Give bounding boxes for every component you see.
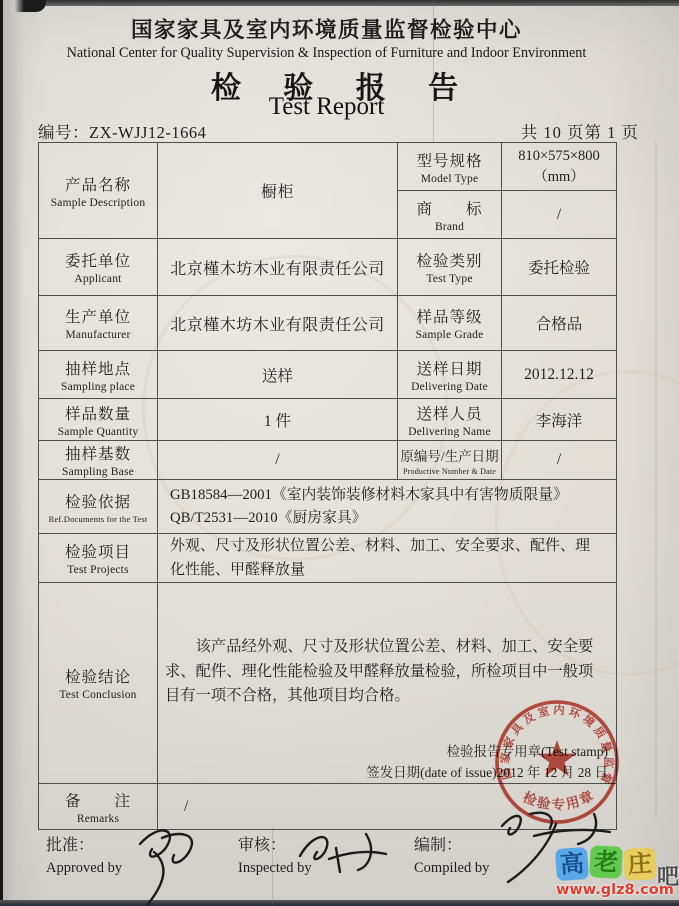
cell-applicant-value: 北京槿木坊木业有限责任公司 — [158, 239, 398, 296]
org-title-zh: 国家家具及室内环境质量监督检验中心 — [38, 13, 615, 44]
approve-signature — [118, 822, 238, 906]
cell-delivername-value: 李海洋 — [502, 399, 616, 441]
cell-deliverdate-value: 2012.12.12 — [502, 351, 616, 399]
quantity-label-zh: 样品数量 — [65, 402, 131, 424]
grade-label-zh: 样品等级 — [416, 305, 482, 327]
cell-ref-label: 检验依据 Ref.Documents for the Test — [39, 480, 158, 534]
model-label-zh: 型号规格 — [416, 149, 482, 171]
cell-sample-label: 产品名称 Sample Description — [39, 143, 158, 239]
watermark-logo: 高 老 庄 吧 www.glz8.com — [556, 846, 678, 904]
samplingbase-label-zh: 抽样基数 — [65, 442, 131, 464]
delivername-value: 李海洋 — [536, 409, 583, 431]
model-label-en: Model Type — [421, 173, 479, 185]
cell-quantity-label: 样品数量 Sample Quantity — [39, 399, 158, 441]
approve-block: 批准： Approved by — [46, 832, 122, 877]
stamp-ring-text: 国家家具及室内环境质量监督检验中心 — [489, 696, 616, 789]
remarks-label-zh: 备 注 — [65, 789, 131, 811]
cell-conclusion-label: 检验结论 Test Conclusion — [39, 583, 158, 784]
applicant-label-zh: 委托单位 — [65, 249, 131, 271]
cell-brand-value: / — [502, 191, 616, 239]
watermark-tile-3: 庄 — [623, 847, 657, 881]
samplingplace-label-en: Sampling place — [61, 381, 135, 393]
applicant-label-en: Applicant — [74, 273, 121, 285]
deliverdate-value: 2012.12.12 — [524, 366, 594, 384]
testtype-label-en: Test Type — [426, 273, 472, 285]
cell-applicant-label: 委托单位 Applicant — [39, 239, 158, 296]
conclusion-label-zh: 检验结论 — [65, 665, 131, 687]
sample-label-en: Sample Description — [51, 197, 146, 209]
manufacturer-label-en: Manufacturer — [66, 329, 131, 341]
svg-text:国家家具及室内环境质量监督检验中心: 国家家具及室内环境质量监督检验中心 — [489, 696, 616, 789]
org-title-en: National Center for Quality Supervision … — [38, 45, 615, 62]
watermark-tile-2: 老 — [589, 845, 623, 879]
cell-quantity-value: 1 件 — [158, 399, 398, 441]
quantity-label-en: Sample Quantity — [58, 426, 139, 438]
samplingbase-label-en: Sampling Base — [62, 466, 134, 478]
manufacturer-value: 北京槿木坊木业有限责任公司 — [170, 312, 385, 335]
page-count: 共 10 页第 1 页 — [521, 119, 639, 143]
prodnumber-label-en: Productive Number & Date — [403, 467, 496, 476]
compile-block: 编制： Compiled by — [414, 832, 489, 877]
ref-label-en: Ref.Documents for the Test — [49, 514, 148, 524]
photo-left-page-sliver — [3, 0, 24, 906]
applicant-value: 北京槿木坊木业有限责任公司 — [170, 256, 385, 279]
samplingplace-value: 送样 — [262, 364, 293, 386]
cell-grade-label: 样品等级 Sample Grade — [398, 296, 502, 351]
cell-grade-value: 合格品 — [502, 296, 616, 351]
cell-manufacturer-label: 生产单位 Manufacturer — [39, 296, 158, 351]
ref-value-line2: QB/T2531—2010《厨房家具》 — [170, 507, 366, 530]
delivername-label-en: Delivering Name — [408, 426, 491, 438]
remarks-value: / — [170, 798, 188, 816]
prodnumber-label-zh: 原编号/生产日期 — [400, 445, 498, 465]
brand-label-zh: 商 标 — [416, 197, 482, 219]
grade-label-en: Sample Grade — [416, 329, 484, 341]
report-number: 编号：ZX-WJJ12-1664 — [38, 119, 206, 143]
cell-testtype-label: 检验类别 Test Type — [398, 239, 502, 296]
cell-projects-value: 外观、尺寸及形状位置公差、材料、加工、安全要求、配件、理化性能、甲醛释放量 — [158, 534, 616, 583]
cell-delivername-label: 送样人员 Delivering Name — [398, 399, 502, 441]
ref-label-zh: 检验依据 — [65, 490, 131, 512]
grade-value: 合格品 — [536, 312, 583, 334]
samplingbase-value: / — [275, 451, 279, 469]
photo-edge-top — [0, 0, 679, 6]
watermark-url: www.glz8.com — [556, 882, 674, 898]
deliverdate-label-zh: 送样日期 — [416, 357, 482, 379]
cell-model-label: 型号规格 Model Type — [398, 143, 502, 191]
model-value-line1: 810×575×800 — [518, 148, 600, 165]
projects-label-zh: 检验项目 — [65, 540, 131, 562]
inspect-signature — [294, 826, 409, 878]
watermark-tile-1: 高 — [555, 847, 589, 881]
deliverdate-label-en: Delivering Date — [411, 381, 488, 393]
brand-label-en: Brand — [435, 221, 464, 233]
cell-deliverdate-label: 送样日期 Delivering Date — [398, 351, 502, 399]
cell-samplingplace-label: 抽样地点 Sampling place — [39, 351, 158, 399]
testtype-label-zh: 检验类别 — [416, 249, 482, 271]
ref-value-line1: GB18584—2001《室内装饰装修材料木家具中有害物质限量》 — [170, 484, 568, 507]
cell-prodnumber-label: 原编号/生产日期 Productive Number & Date — [398, 441, 502, 480]
testtype-value: 委托检验 — [528, 256, 590, 278]
projects-label-en: Test Projects — [67, 564, 129, 576]
compile-label-zh: 编制： — [414, 832, 489, 855]
report-title-en: Test Report — [38, 93, 615, 121]
conclusion-label-en: Test Conclusion — [59, 689, 136, 701]
model-value-line2: （mm） — [533, 165, 585, 186]
cell-brand-label: 商 标 Brand — [398, 191, 502, 239]
stamp-star-icon — [538, 740, 576, 776]
manufacturer-label-zh: 生产单位 — [65, 305, 131, 327]
cell-samplingplace-value: 送样 — [158, 351, 398, 399]
projects-value: 外观、尺寸及形状位置公差、材料、加工、安全要求、配件、理化性能、甲醛释放量 — [170, 534, 604, 582]
sample-value: 橱柜 — [261, 179, 294, 202]
cell-model-value: 810×575×800 （mm） — [502, 143, 616, 191]
brand-value: / — [557, 206, 561, 224]
approve-label-en: Approved by — [46, 860, 122, 877]
cell-sample-value: 橱柜 — [158, 143, 398, 239]
quantity-value: 1 件 — [264, 409, 291, 431]
prodnumber-value: / — [557, 451, 561, 469]
cell-testtype-value: 委托检验 — [502, 239, 616, 296]
remarks-label-en: Remarks — [77, 813, 119, 825]
paper-crease-right — [655, 140, 657, 820]
compile-label-en: Compiled by — [414, 860, 489, 877]
cell-projects-label: 检验项目 Test Projects — [39, 534, 158, 583]
cell-manufacturer-value: 北京槿木坊木业有限责任公司 — [158, 296, 398, 351]
cell-samplingbase-value: / — [158, 441, 398, 480]
cell-ref-value: GB18584—2001《室内装饰装修材料木家具中有害物质限量》 QB/T253… — [158, 480, 616, 534]
delivername-label-zh: 送样人员 — [416, 402, 482, 424]
approve-label-zh: 批准： — [46, 832, 122, 855]
samplingplace-label-zh: 抽样地点 — [65, 357, 131, 379]
sample-label-zh: 产品名称 — [65, 173, 131, 195]
cell-samplingbase-label: 抽样基数 Sampling Base — [39, 441, 158, 480]
cell-prodnumber-value: / — [502, 441, 616, 480]
